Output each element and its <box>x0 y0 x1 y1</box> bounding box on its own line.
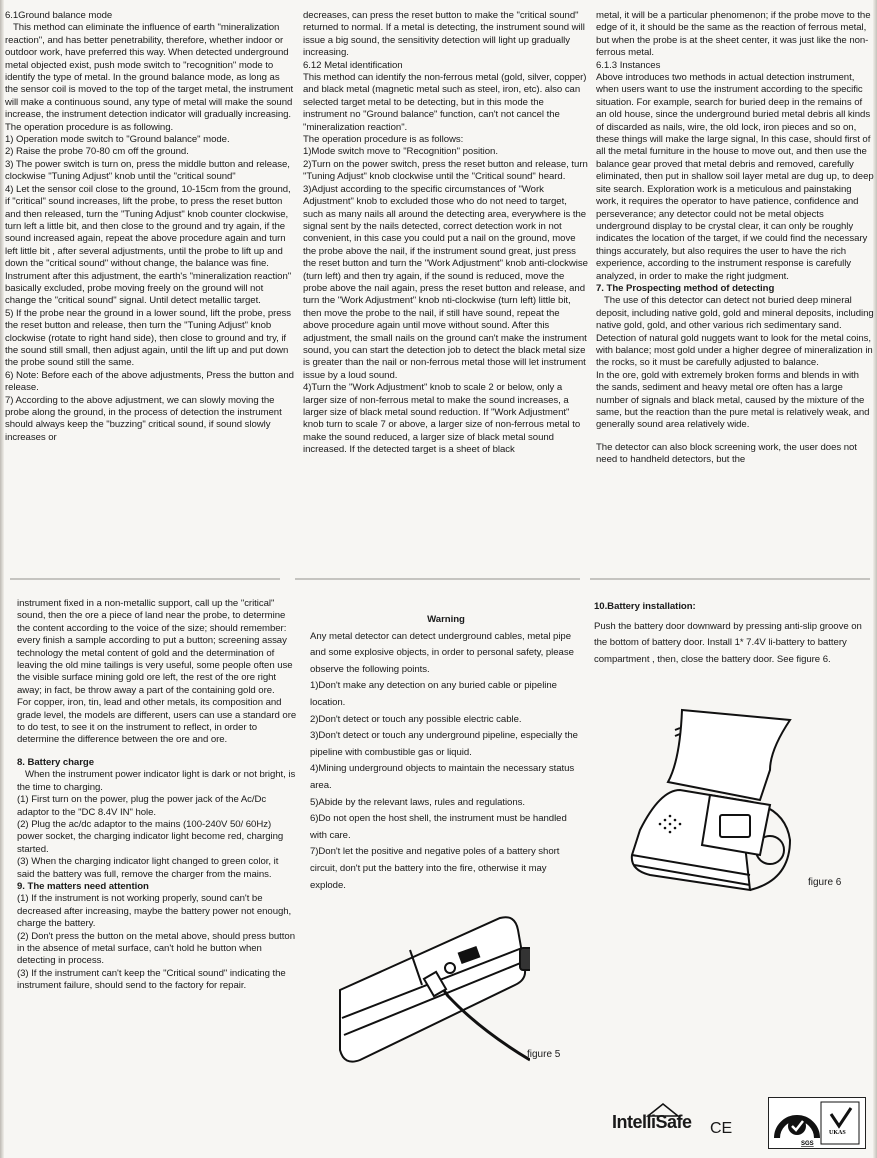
paragraph: Above introduces two methods in actual d… <box>596 72 874 283</box>
svg-text:UKAS: UKAS <box>829 1130 846 1136</box>
page-edge-left <box>0 0 4 1158</box>
section-heading: 10.Battery installation: <box>594 599 864 616</box>
step-item: 2) Raise the probe 70-80 cm off the grou… <box>5 146 295 158</box>
step-item: 2)Turn on the power switch, press the re… <box>303 159 588 184</box>
paragraph: The use of this detector can detect not … <box>596 295 874 369</box>
section-heading: 9. The matters need attention <box>17 881 297 893</box>
step-item: 6) Note: Before each of the above adjust… <box>5 370 295 395</box>
column-ground-balance: 6.1Ground balance mode This method can e… <box>5 10 295 444</box>
paragraph: This method can identify the non-ferrous… <box>303 72 588 134</box>
step-item: 1)Mode switch move to "Recognition" posi… <box>303 146 588 158</box>
sgs-iso-ukas-icon: SGS UKAS <box>769 1098 865 1148</box>
step-item: (3) When the charging indicator light ch… <box>17 856 297 881</box>
step-item: (2) Plug the ac/dc adaptor to the mains … <box>17 819 297 856</box>
paragraph: For copper, iron, tin, lead and other me… <box>17 697 297 747</box>
step-item: (3) If the instrument can't keep the "Cr… <box>17 968 297 993</box>
certification-logos: SGS UKAS <box>768 1097 866 1149</box>
figure-6-battery-door-illustration <box>620 690 800 900</box>
step-item: (1) First turn on the power, plug the po… <box>17 794 297 819</box>
step-item: 3) The power switch is turn on, press th… <box>5 159 295 184</box>
ce-mark: CE <box>710 1120 732 1138</box>
step-item: 7) According to the above adjustment, we… <box>5 395 295 445</box>
figure-6-label: figure 6 <box>808 877 841 888</box>
warning-item: 1)Don't make any detection on any buried… <box>310 678 582 711</box>
warning-item: 6)Do not open the host shell, the instru… <box>310 811 582 844</box>
paragraph: The operation procedure is as follows: <box>303 134 588 146</box>
section-heading: 6.1Ground balance mode <box>5 10 295 22</box>
paragraph: Any metal detector can detect undergroun… <box>310 629 582 679</box>
paragraph: In the ore, gold with extremely broken f… <box>596 370 874 432</box>
fold-line <box>295 578 580 580</box>
warning-item: 7)Don't let the positive and negative po… <box>310 844 582 894</box>
section-heading: 8. Battery charge <box>17 757 297 769</box>
fold-line <box>590 578 870 580</box>
step-item: (2) Don't press the button on the metal … <box>17 931 297 968</box>
figure-5-charging-illustration <box>330 900 530 1070</box>
paragraph: decreases, can press the reset button to… <box>303 10 588 60</box>
column-instances: metal, it will be a particular phenomeno… <box>596 10 874 467</box>
paragraph: The detector can also block screening wo… <box>596 442 874 467</box>
section-heading: 6.12 Metal identification <box>303 60 588 72</box>
step-item: 3)Adjust according to the specific circu… <box>303 184 588 383</box>
paragraph: The operation procedure is as following. <box>5 122 295 134</box>
warning-item: 5)Abide by the relevant laws, rules and … <box>310 795 582 812</box>
svg-text:SGS: SGS <box>801 1141 814 1147</box>
step-item: 5) If the probe near the ground in a low… <box>5 308 295 370</box>
paragraph: When the instrument power indicator ligh… <box>17 769 297 794</box>
intellisafe-logo: IntelliSafe <box>612 1112 692 1133</box>
step-item: (1) If the instrument is not working pro… <box>17 893 297 930</box>
section-heading: 6.1.3 Instances <box>596 60 874 72</box>
column-warning: Warning Any metal detector can detect un… <box>310 612 582 894</box>
warning-item: 3)Don't detect or touch any underground … <box>310 728 582 761</box>
paragraph: metal, it will be a particular phenomeno… <box>596 10 874 60</box>
step-item: 1) Operation mode switch to "Ground bala… <box>5 134 295 146</box>
column-metal-identification: decreases, can press the reset button to… <box>303 10 588 457</box>
figure-5-label: figure 5 <box>527 1049 560 1060</box>
paragraph: Push the battery door downward by pressi… <box>594 619 864 669</box>
paragraph: This method can eliminate the influence … <box>5 22 295 121</box>
section-heading: 7. The Prospecting method of detecting <box>596 283 874 295</box>
step-item: 4) Let the sensor coil close to the grou… <box>5 184 295 308</box>
step-item: 4)Turn the "Work Adjustment" knob to sca… <box>303 382 588 456</box>
column-battery-charge: instrument fixed in a non-metallic suppo… <box>17 598 297 993</box>
paragraph: instrument fixed in a non-metallic suppo… <box>17 598 297 697</box>
warning-heading: Warning <box>310 612 582 629</box>
fold-line <box>10 578 280 580</box>
warning-item: 2)Don't detect or touch any possible ele… <box>310 712 582 729</box>
warning-item: 4)Mining underground objects to maintain… <box>310 761 582 794</box>
column-battery-installation: 10.Battery installation: Push the batter… <box>594 599 864 668</box>
